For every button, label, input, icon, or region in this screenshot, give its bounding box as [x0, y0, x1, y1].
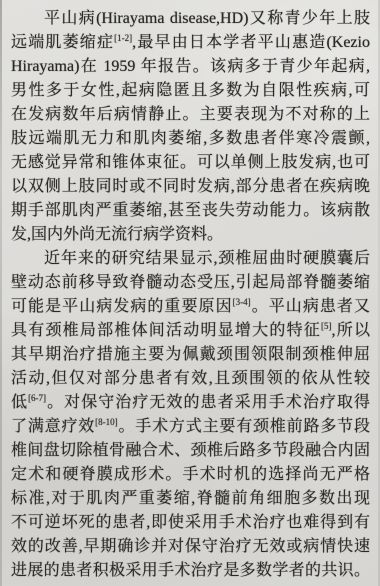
text-segment: 低: [11, 394, 28, 411]
reference-superscript: [6-7]: [28, 393, 46, 403]
text-line: 椎间盘切除植骨融合术、颈椎后路多节段融合内固: [11, 439, 370, 463]
text-segment: 肢远端肌无力和肌肉萎缩,多数患者伴寒冷震颤,: [11, 130, 370, 147]
text-segment: 。手术方式主要有颈椎前路多节段: [118, 418, 370, 435]
paragraph: 近年来的研究结果显示,颈椎屈曲时硬膜囊后壁动态前移导致脊髓动态受压,引起局部脊髓…: [11, 247, 370, 583]
text-line: 定术和硬脊膜成形术。手术时机的选择尚无严格: [11, 463, 370, 487]
text-line: 壁动态前移导致脊髓动态受压,引起局部脊髓萎缩: [11, 271, 370, 295]
text-segment: 在发病数年后病情静止。主要表现为不对称的上: [11, 106, 370, 123]
text-line: 了满意疗效[8-10]。手术方式主要有颈椎前路多节段: [11, 415, 370, 439]
scan-edge-artifact-left: [0, 0, 2, 586]
text-segment: 。平山病患者又: [251, 298, 370, 315]
text-segment: 不可逆坏死的患者,即使采用手术治疗也难得到有: [11, 514, 370, 531]
reference-superscript: [8-10]: [95, 417, 118, 427]
text-line: 其早期治疗措施主要为佩戴颈围领限制颈椎伸屈: [11, 343, 370, 367]
text-segment: 定术和硬脊膜成形术。手术时机的选择尚无严格: [11, 466, 370, 483]
text-segment: 以双侧上肢同时或不同时发病,部分患者在疾病晚: [11, 178, 370, 195]
text-segment: 远端肌萎缩症: [11, 34, 114, 51]
text-line: 可能是平山病发病的重要原因[3-4]。平山病患者又: [11, 295, 370, 319]
text-line: 效的改善,早期确诊并对保守治疗无效或病情快速: [11, 535, 370, 559]
text-line: 期手部肌肉严重萎缩,甚至丧失劳动能力。该病散: [11, 199, 370, 223]
text-segment: ,所以: [332, 322, 370, 339]
reference-superscript: [5]: [321, 321, 332, 331]
text-segment: 标准,对于肌肉严重萎缩,脊髓前角细胞多数出现: [11, 490, 370, 507]
reference-superscript: [3-4]: [233, 297, 251, 307]
text-segment: 效的改善,早期确诊并对保守治疗无效或病情快速: [11, 538, 370, 555]
text-segment: 壁动态前移导致脊髓动态受压,引起局部脊髓萎缩: [11, 274, 370, 291]
text-line: 男性多于女性,起病隐匿且多数为自限性疾病,可: [11, 79, 370, 103]
text-line: 以双侧上肢同时或不同时发病,部分患者在疾病晚: [11, 175, 370, 199]
text-line: 具有颈椎局部椎体间活动明显增大的特征[5],所以: [11, 319, 370, 343]
paragraph: 平山病(Hirayama disease,HD)又称青少年上肢远端肌萎缩症[1-…: [11, 7, 370, 247]
scanned-page: 平山病(Hirayama disease,HD)又称青少年上肢远端肌萎缩症[1-…: [0, 0, 380, 586]
text-segment: ,最早由日本学者平山惠造(Kezio: [132, 34, 370, 51]
article-text: 平山病(Hirayama disease,HD)又称青少年上肢远端肌萎缩症[1-…: [11, 7, 370, 583]
text-line: 远端肌萎缩症[1-2],最早由日本学者平山惠造(Kezio: [11, 31, 370, 55]
text-segment: 进展的患者积极采用手术治疗是多数学者的共识。: [11, 562, 370, 579]
text-line: 无感觉异常和锥体束征。可以单侧上肢发病,也可: [11, 151, 370, 175]
text-segment: 期手部肌肉严重萎缩,甚至丧失劳动能力。该病散: [11, 202, 370, 219]
text-segment: 活动,但仅对部分患者有效,且颈围领的依从性较: [11, 370, 370, 387]
text-line: 标准,对于肌肉严重萎缩,脊髓前角细胞多数出现: [11, 487, 370, 511]
text-segment: 具有颈椎局部椎体间活动明显增大的特征: [11, 322, 321, 339]
text-segment: 可能是平山病发病的重要原因: [11, 298, 233, 315]
text-line: 进展的患者积极采用手术治疗是多数学者的共识。: [11, 559, 370, 583]
text-line: 活动,但仅对部分患者有效,且颈围领的依从性较: [11, 367, 370, 391]
text-line: 平山病(Hirayama disease,HD)又称青少年上肢: [11, 7, 370, 31]
text-segment: 近年来的研究结果显示,颈椎屈曲时硬膜囊后: [44, 250, 370, 267]
text-line: 肢远端肌无力和肌肉萎缩,多数患者伴寒冷震颤,: [11, 127, 370, 151]
text-segment: 其早期治疗措施主要为佩戴颈围领限制颈椎伸屈: [11, 346, 370, 363]
text-line: 在发病数年后病情静止。主要表现为不对称的上: [11, 103, 370, 127]
text-line: 发,国内外尚无流行病学资料。: [11, 223, 370, 247]
text-line: 低[6-7]。对保守治疗无效的患者采用手术治疗取得: [11, 391, 370, 415]
text-line: 近年来的研究结果显示,颈椎屈曲时硬膜囊后: [11, 247, 370, 271]
text-segment: 。对保守治疗无效的患者采用手术治疗取得: [46, 394, 370, 411]
text-segment: 发,国内外尚无流行病学资料。: [11, 226, 223, 243]
text-segment: 男性多于女性,起病隐匿且多数为自限性疾病,可: [11, 82, 370, 99]
text-line: Hirayama)在 1959 年报告。该病多于青少年起病,: [11, 55, 370, 79]
reference-superscript: [1-2]: [114, 33, 132, 43]
text-segment: Hirayama)在 1959 年报告。该病多于青少年起病,: [11, 58, 370, 75]
text-segment: 椎间盘切除植骨融合术、颈椎后路多节段融合内固: [11, 442, 370, 459]
text-line: 不可逆坏死的患者,即使采用手术治疗也难得到有: [11, 511, 370, 535]
text-segment: 平山病(Hirayama disease,HD)又称青少年上肢: [44, 10, 370, 27]
text-segment: 了满意疗效: [11, 418, 95, 435]
text-segment: 无感觉异常和锥体束征。可以单侧上肢发病,也可: [11, 154, 370, 171]
